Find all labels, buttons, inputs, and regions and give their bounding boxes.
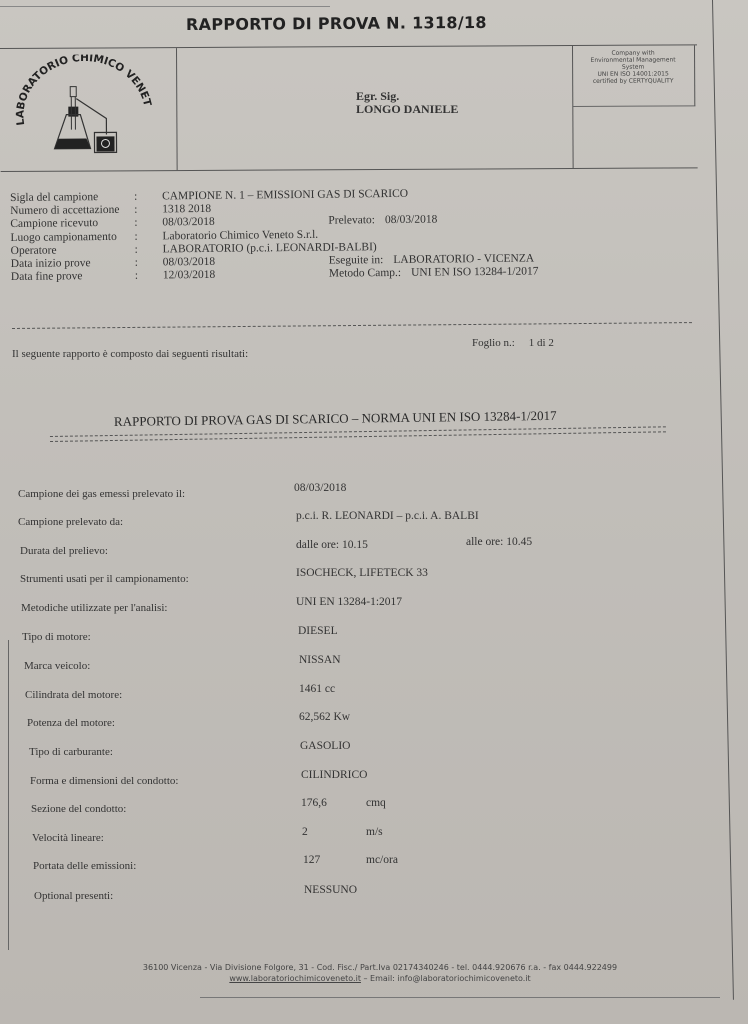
result-label: Velocità lineare: <box>32 832 104 844</box>
info-label: Data inizio prove <box>11 257 91 271</box>
result-label: Metodiche utilizzate per l'analisi: <box>21 602 167 614</box>
page-edge-line <box>0 6 330 7</box>
result-value: 127 <box>303 854 320 866</box>
result-label: Strumenti usati per il campionamento: <box>20 573 189 585</box>
info-label: Numero di accettazione <box>10 204 119 218</box>
result-value-end: alle ore: 10.45 <box>466 536 532 548</box>
info-value: 12/03/2018 <box>163 269 216 283</box>
info-extra-label: Prelevato: <box>328 215 375 227</box>
result-label: Tipo di motore: <box>22 631 91 643</box>
info-value: 08/03/2018 <box>162 216 215 230</box>
result-unit: cmq <box>366 797 386 809</box>
result-value: p.c.i. R. LEONARDI – p.c.i. A. BALBI <box>296 510 479 522</box>
result-value: 1461 cc <box>299 683 335 695</box>
result-label: Portata delle emissioni: <box>33 860 136 872</box>
footer-address: 36100 Vicenza - Via Divisione Folgore, 3… <box>100 962 660 973</box>
info-colon: : <box>135 270 138 283</box>
sheet-label: Foglio n.: <box>472 337 515 349</box>
info-extra-value: LABORATORIO - VICENZA <box>393 252 534 265</box>
result-value: DIESEL <box>298 625 338 637</box>
result-value: 08/03/2018 <box>294 482 346 494</box>
composed-text: Il seguente rapporto è composto dai segu… <box>12 348 248 360</box>
info-extra-value: 08/03/2018 <box>385 214 438 227</box>
result-value: 62,562 Kw <box>299 711 350 723</box>
result-label: Sezione del condotto: <box>31 803 126 815</box>
result-unit: mc/ora <box>366 854 398 866</box>
result-value: GASOLIO <box>300 740 350 752</box>
result-unit: m/s <box>366 826 383 838</box>
result-label: Campione dei gas emessi prelevato il: <box>18 488 185 500</box>
info-extra-value: UNI EN ISO 13284-1/2017 <box>411 266 539 279</box>
result-label: Tipo di carburante: <box>29 746 113 758</box>
info-extra-label: Metodo Camp.: <box>329 267 401 280</box>
info-colon: : <box>134 191 137 204</box>
result-value: CILINDRICO <box>301 769 367 781</box>
logo-text: LABORATORIO CHIMICO VENETO <box>6 54 154 126</box>
info-value: CAMPIONE N. 1 – EMISSIONI GAS DI SCARICO <box>162 188 408 204</box>
recipient-name: LONGO DANIELE <box>356 103 458 116</box>
result-label: Marca veicolo: <box>24 660 90 672</box>
logo-cell: LABORATORIO CHIMICO VENETO <box>0 48 178 171</box>
page-border-left <box>8 640 9 950</box>
recipient-block: Egr. Sig. LONGO DANIELE <box>356 90 458 116</box>
cert-line: certified by CERTYQUALITY <box>572 77 694 85</box>
result-value: ISOCHECK, LIFETECK 33 <box>296 567 428 579</box>
info-label: Campione ricevuto <box>10 217 98 231</box>
info-colon: : <box>135 243 138 256</box>
result-label: Optional presenti: <box>34 890 113 902</box>
result-label: Campione prelevato da: <box>18 516 123 528</box>
footer: 36100 Vicenza - Via Divisione Folgore, 3… <box>100 962 660 984</box>
info-colon: : <box>135 257 138 270</box>
sample-info: Sigla del campione:CAMPIONE N. 1 – EMISS… <box>10 192 11 284</box>
header-table: LABORATORIO CHIMICO VENETO Company with <box>0 44 698 172</box>
certification-cell: Company with Environmental Management Sy… <box>572 45 695 107</box>
info-label: Luogo campionamento <box>10 230 116 244</box>
footer-contacts: www.laboratoriochimicoveneto.it – Email:… <box>100 973 660 984</box>
info-colon: : <box>134 217 137 230</box>
result-value: 176,6 <box>301 797 327 809</box>
info-label: Operatore <box>11 244 57 258</box>
result-value: NESSUNO <box>304 884 357 896</box>
info-colon: : <box>134 230 137 243</box>
lab-flask-logo-icon: LABORATORIO CHIMICO VENETO <box>6 54 157 165</box>
page-border-right <box>712 0 734 1000</box>
result-label: Cilindrata del motore: <box>25 689 122 701</box>
result-value: NISSAN <box>299 654 341 666</box>
result-label: Forma e dimensioni del condotto: <box>30 775 178 787</box>
dashed-separator <box>12 322 692 329</box>
info-extra-label: Eseguite in: <box>329 254 384 267</box>
page-border-bottom <box>200 997 720 998</box>
sheet-value: 1 di 2 <box>529 337 554 349</box>
website-link[interactable]: www.laboratoriochimicoveneto.it <box>229 974 361 983</box>
result-value: dalle ore: 10.15 <box>296 539 368 551</box>
result-label: Durata del prelievo: <box>20 545 108 557</box>
svg-text:LABORATORIO CHIMICO VENETO: LABORATORIO CHIMICO VENETO <box>6 54 154 126</box>
sheet-number: Foglio n.:1 di 2 <box>472 337 554 349</box>
info-value: 08/03/2018 <box>163 256 216 270</box>
info-colon: : <box>134 204 137 217</box>
report-page: RAPPORTO DI PROVA N. 1318/18 LABORATORIO… <box>0 0 748 1024</box>
info-extra: Prelevato:08/03/2018 <box>328 214 437 228</box>
result-value: UNI EN 13284-1:2017 <box>296 596 402 608</box>
info-label: Sigla del campione <box>10 191 98 205</box>
info-extra: Metodo Camp.:UNI EN ISO 13284-1/2017 <box>329 266 539 281</box>
footer-separator: – Email: <box>361 974 398 983</box>
info-label: Data fine prove <box>11 270 83 284</box>
certification-text: Company with Environmental Management Sy… <box>572 45 694 85</box>
report-title: RAPPORTO DI PROVA N. 1318/18 <box>186 13 487 34</box>
email-link[interactable]: info@laboratoriochimicoveneto.it <box>397 974 530 983</box>
result-value: 2 <box>302 826 308 838</box>
result-label: Potenza del motore: <box>27 717 115 729</box>
section-title: RAPPORTO DI PROVA GAS DI SCARICO – NORMA… <box>114 408 557 430</box>
info-value: 1318 2018 <box>162 203 211 217</box>
